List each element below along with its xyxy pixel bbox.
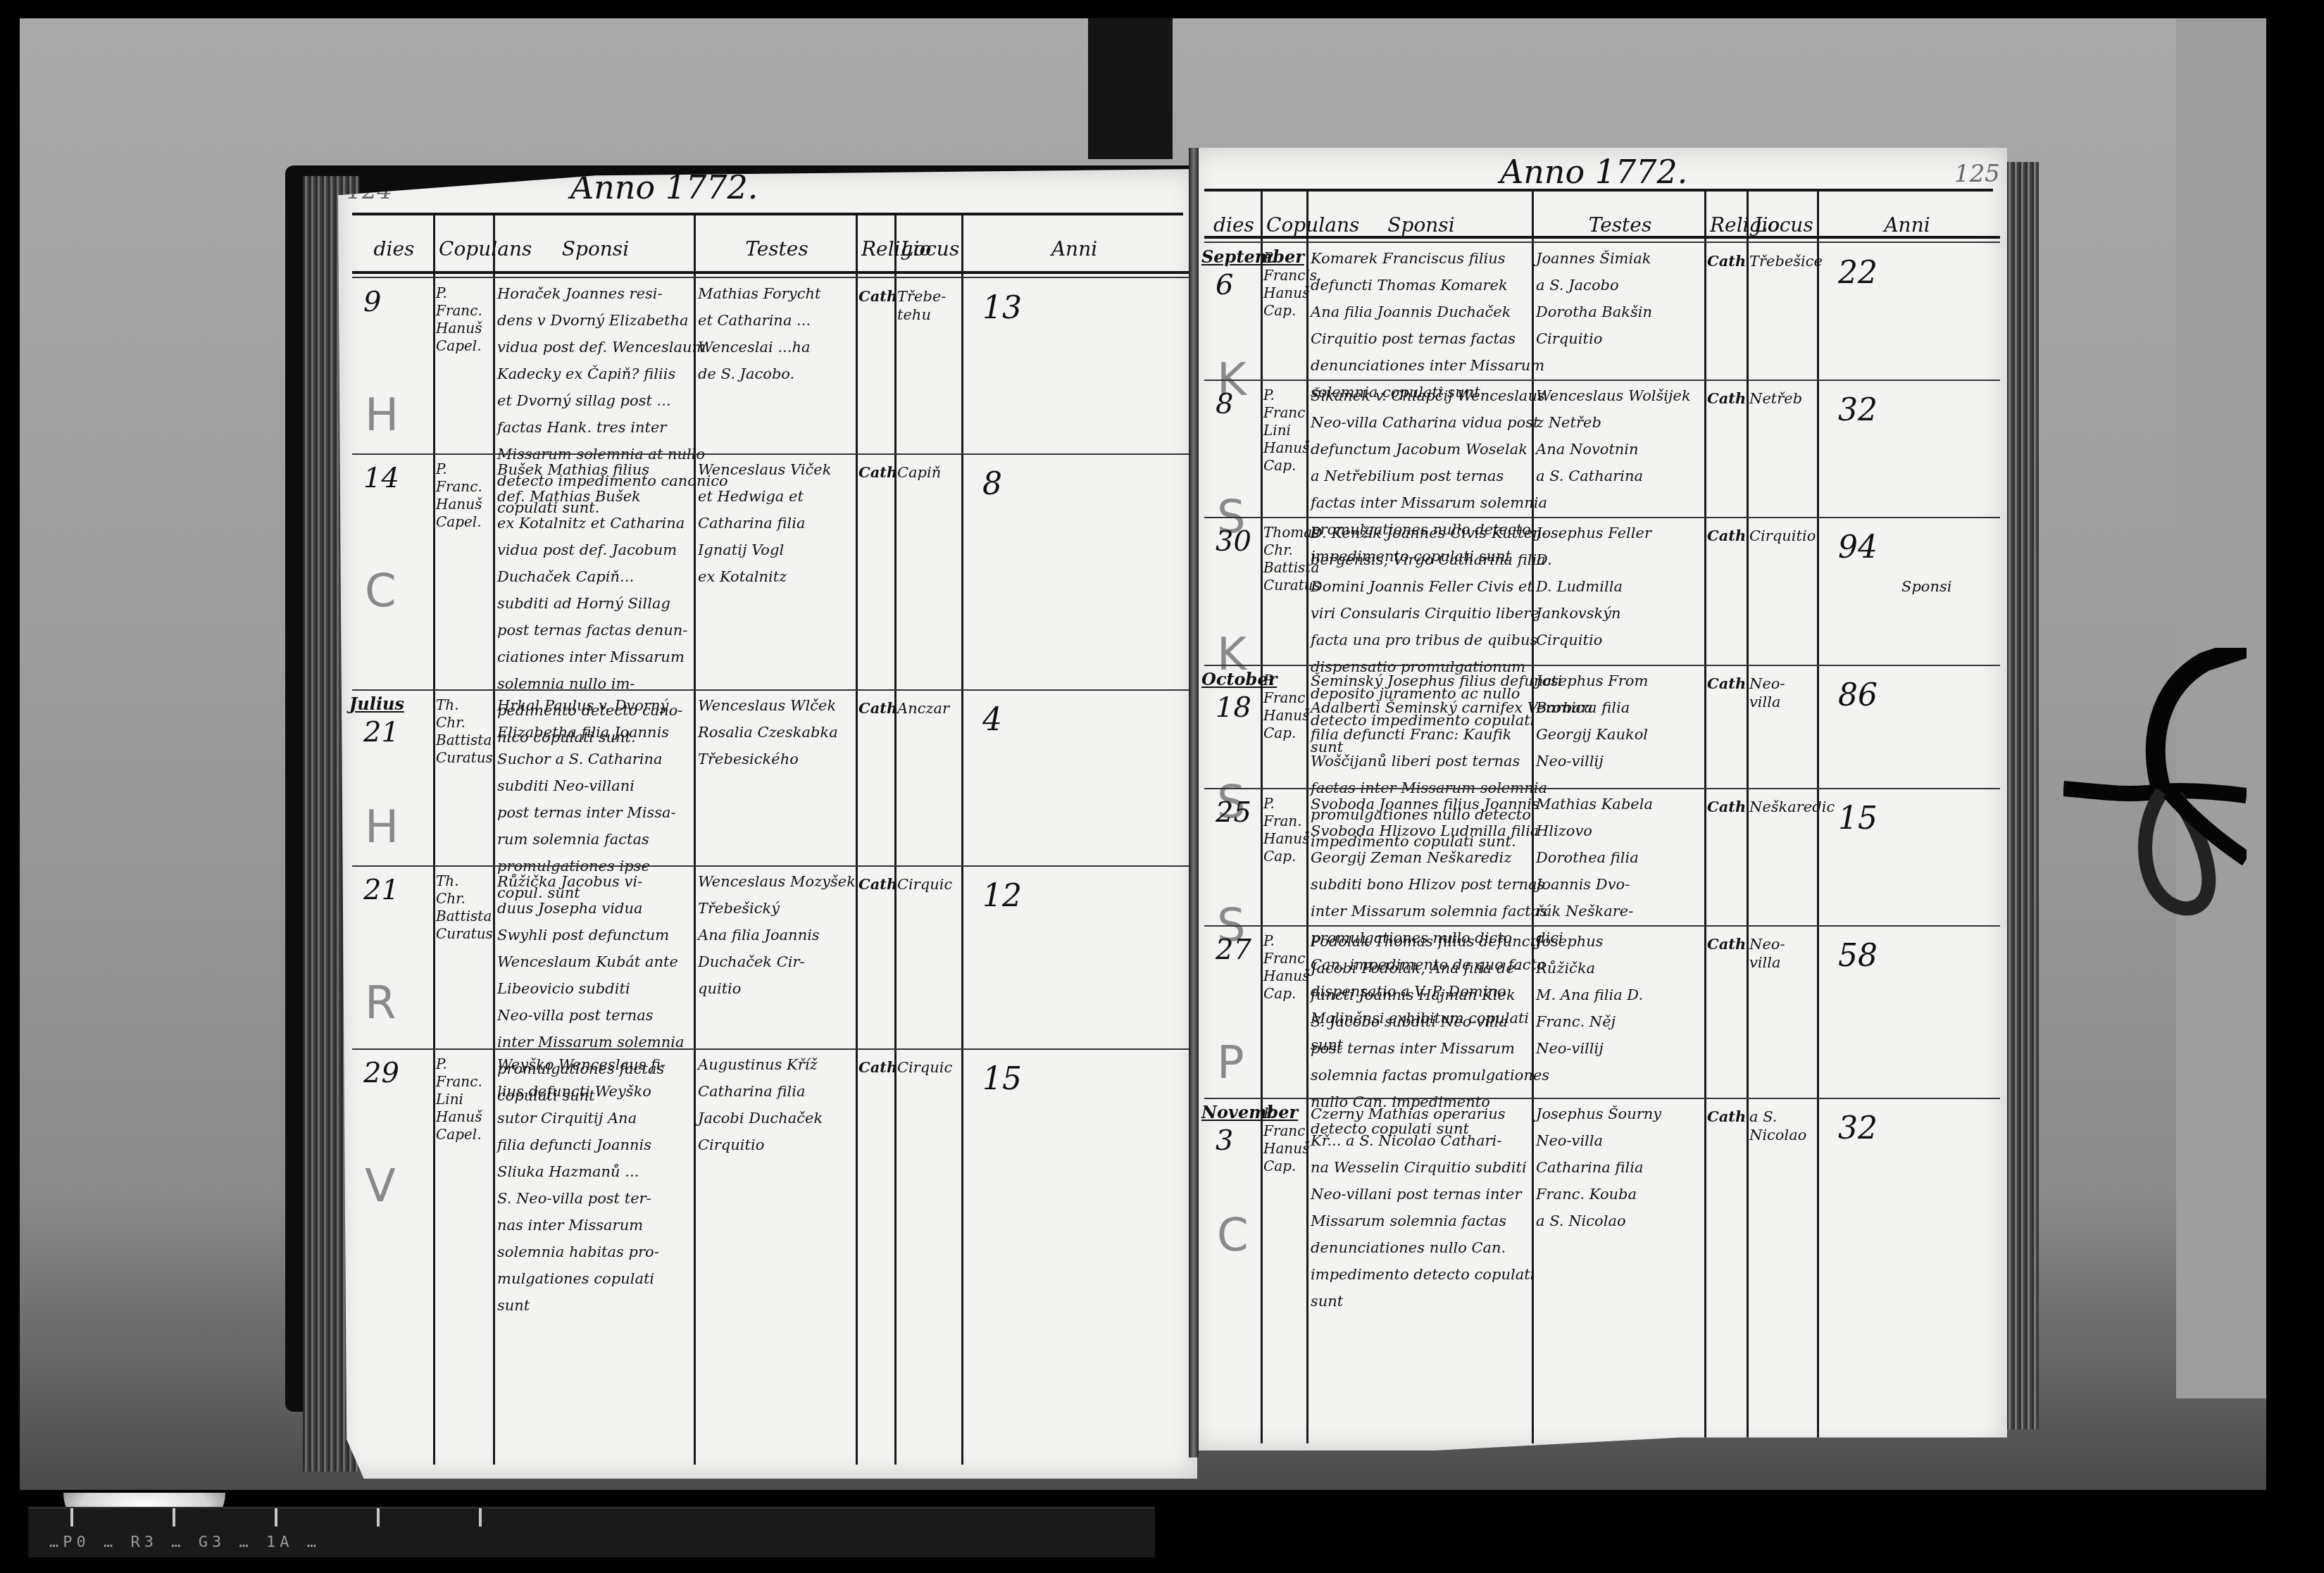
- entry-copulans: P. Franc. Hanuš Capel.: [436, 284, 492, 355]
- entry-copulans: Th. Chr. Battista Curatus: [436, 696, 492, 767]
- entry-religio: Cath: [1707, 675, 1746, 693]
- entry-testes-line: et Hedwiga et: [698, 487, 804, 506]
- entry-day: 25: [1216, 795, 1251, 830]
- column-header-locus: Locus: [900, 237, 960, 261]
- entry-sponsi-line: Hrkal Paulus v. Dvorný: [497, 696, 668, 715]
- register-entry: 29VP. Franc. Lini Hanuš Capel.Weyško Wen…: [338, 1053, 1197, 1465]
- entry-sponsi-line: post ternas inter Missarum: [1311, 1039, 1515, 1058]
- entry-testes-line: Catharina filia: [1536, 1158, 1644, 1177]
- header-rule-double: [1204, 242, 2000, 243]
- entry-sponsi-line: duus Josepha vidua: [497, 899, 642, 917]
- entry-testes-line: Wenceslai ...ha: [698, 338, 811, 356]
- column-header-testes: Testes: [1537, 213, 1703, 237]
- entry-religio: Cath: [1707, 798, 1746, 816]
- entry-sponsi-line: solemnia factas promulgationes: [1311, 1066, 1549, 1084]
- entry-margin-letter: P: [1217, 1035, 1244, 1091]
- entry-anni: 86: [1838, 676, 1878, 715]
- entry-testes-line: Jacobi Duchaček: [698, 1109, 823, 1127]
- entry-religio: Cath: [1707, 935, 1746, 953]
- entry-sponsi-line: Wenceslaum Kubát ante: [497, 953, 678, 971]
- entry-sponsi-line: Horaček Joannes resi-: [497, 284, 663, 303]
- entry-testes-line: et Catharina ...: [698, 311, 811, 330]
- entry-sponsi-line: sunt: [1311, 1292, 1343, 1310]
- entry-sponsi-line: filia defuncti Franc: Kaufik: [1311, 725, 1512, 744]
- entry-locus: Cirquitio: [1749, 527, 1816, 545]
- entry-religio: Cath: [858, 1058, 897, 1077]
- entry-sponsi-line: post ternas factas denun-: [497, 621, 687, 639]
- entry-day: 8: [1216, 387, 1233, 422]
- entry-copulans: Thomas Chr. Battista Curatus: [1263, 524, 1305, 594]
- entry-testes-line: Růžička: [1536, 959, 1595, 977]
- entry-sponsi-line: vidua post def. Jacobum: [497, 541, 677, 559]
- right-page: 125 Anno 1772. diesCopulansSponsiTestesR…: [1190, 148, 2007, 1450]
- entry-sponsi-line: Cirquitio post ternas factas: [1311, 330, 1516, 348]
- scale-ruler: …P0 … R3 … G3 … 1A …: [28, 1507, 1155, 1558]
- entry-testes-line: Duchaček Cir-: [698, 953, 805, 971]
- register-entry: 9HP. Franc. Hanuš Capel.Horaček Joannes …: [338, 282, 1197, 458]
- entry-testes-line: Ana Novotnin: [1536, 440, 1639, 458]
- entry-testes-line: Neo-villij: [1536, 1039, 1604, 1058]
- entry-religio: Cath: [1707, 389, 1746, 408]
- entry-testes-line: Josephus From: [1536, 672, 1648, 690]
- entry-anni: 15: [1838, 799, 1878, 838]
- entry-sponsi-line: denunciationes inter Missarum: [1311, 356, 1544, 375]
- entry-testes-line: Catharina filia: [698, 514, 806, 532]
- entry-testes-line: Wenceslaus Wlček: [698, 696, 836, 715]
- entry-separator: [352, 865, 1190, 867]
- header-rule-top: [1204, 189, 1993, 192]
- column-header-copulans: Copulans: [1266, 213, 1305, 237]
- entry-sponsi-line: Kadecky ex Čapiň? filiis: [497, 365, 675, 383]
- entry-sponsi-line: Woščijanů liberi post ternas: [1311, 752, 1520, 770]
- entry-testes-line: Franc. Kouba: [1536, 1185, 1637, 1203]
- entry-copulans: P. Franc. Hanuš Capel.: [436, 460, 492, 531]
- entry-anni: 13: [982, 289, 1022, 327]
- entry-sponsi-line: S. Neo-villa post ter-: [497, 1189, 651, 1208]
- register-entry: 8SP. Franc. Lini Hanuš Cap.Šikanek v. Ch…: [1190, 384, 2007, 521]
- entry-sponsi-line: subditi ad Horný Sillag: [497, 594, 670, 613]
- entry-sponsi-line: Růžička Jacobus vi-: [497, 872, 642, 891]
- entry-testes-line: a S. Nicolao: [1536, 1212, 1626, 1230]
- entry-testes-line: Catharina filia: [698, 1082, 806, 1101]
- entry-testes-line: Cirquitio: [1536, 631, 1602, 649]
- column-header-dies: dies: [1208, 213, 1259, 237]
- entry-sponsi-line: factas inter Missarum solemnia: [1311, 494, 1547, 512]
- entry-margin-letter: V: [365, 1158, 396, 1215]
- book-tie-ribbon: [2063, 648, 2247, 944]
- entry-testes-line: Barbara filia: [1536, 698, 1630, 717]
- entry-copulans: P. Franc. Hanuš Cap.: [1263, 932, 1305, 1003]
- entry-copulans: P. Franc. Hanuš Cap.: [1263, 672, 1305, 742]
- entry-testes-line: D. Ludmilla: [1536, 577, 1623, 596]
- entry-sponsi-line: sutor Cirquitij Ana: [497, 1109, 637, 1127]
- entry-separator: [1204, 380, 2000, 381]
- entry-anni: 8: [982, 465, 1002, 503]
- entry-religio: Cath: [858, 875, 897, 894]
- entry-sponsi-line: Kř... a S. Nicolao Cathari-: [1311, 1132, 1501, 1150]
- entry-locus: Třebešice: [1749, 252, 1816, 270]
- entry-separator: [352, 689, 1190, 691]
- entry-locus: Cirquic: [897, 875, 960, 894]
- entry-sponsi-line: Neo-villani post ternas inter: [1311, 1185, 1522, 1203]
- entry-sponsi-line: nas inter Missarum: [497, 1216, 643, 1234]
- entry-sponsi-line: filia defuncti Joannis: [497, 1136, 651, 1154]
- entry-testes-line: Wenceslaus Viček: [698, 460, 831, 479]
- column-header-locus: Locus: [1752, 213, 1816, 237]
- entry-sponsi-line: Šeminský Josephus filius defuncti: [1311, 672, 1562, 690]
- entry-sponsi-line: Bušek Mathias filius: [497, 460, 649, 479]
- entry-testes-line: Třebesického: [698, 750, 799, 768]
- entry-sponsi-line: ex Kotalnitz et Catharina: [497, 514, 685, 532]
- book-gutter: [1189, 148, 1199, 1458]
- header-rule-double: [352, 277, 1190, 278]
- entry-copulans: P. Franc. Hanuš Cap.: [1263, 1105, 1305, 1175]
- register-entry: 21RTh. Chr. Battista CuratusRůžička Jaco…: [338, 870, 1197, 1053]
- entry-sponsi-line: Komarek Franciscus filius: [1311, 249, 1505, 268]
- entry-religio: Cath: [1707, 527, 1746, 545]
- entry-testes-line: D.: [1536, 551, 1552, 569]
- entry-locus: Capiň: [897, 463, 960, 482]
- entry-testes-line: Cirquitio: [1536, 330, 1602, 348]
- entry-anni: 12: [982, 877, 1022, 915]
- entry-sponsi-line: na Wesselin Cirquitio subditi: [1311, 1158, 1527, 1177]
- entry-testes-line: quitio: [698, 979, 741, 998]
- entry-testes-line: Mathias Kabela: [1536, 795, 1653, 813]
- entry-sponsi-line: post ternas inter Missa-: [497, 803, 676, 822]
- entry-sponsi-line: subditi Neo-villani: [497, 777, 635, 795]
- entry-day: 21: [363, 715, 399, 750]
- entry-margin-letter: R: [365, 975, 396, 1032]
- entry-religio: Cath: [1707, 1108, 1746, 1126]
- entry-religio: Cath: [858, 287, 897, 306]
- entry-day: 29: [363, 1055, 399, 1091]
- page-title: Anno 1772.: [1500, 152, 1687, 193]
- entry-separator: [1204, 1098, 2000, 1099]
- entry-sponsi-line: inter Missarum solemnia factas: [1311, 902, 1547, 920]
- column-header-religio: Religio: [1710, 213, 1745, 237]
- entry-sponsi-line: functi Joannis Hajman Klek: [1311, 986, 1516, 1004]
- entry-anni: 94: [1838, 528, 1878, 567]
- entry-sponsi-line: defuncti Thomas Komarek: [1311, 276, 1508, 294]
- entry-testes-line: Ignatij Vogl: [698, 541, 784, 559]
- entry-sponsi-line: vidua post def. Wenceslaum: [497, 338, 706, 356]
- register-entry: October18SP. Franc. Hanuš Cap.Šeminský J…: [1190, 669, 2007, 792]
- entry-sponsi-line: ciationes inter Missarum: [497, 648, 685, 666]
- entry-separator: [1204, 788, 2000, 789]
- entry-sponsi-line: defunctum Jacobum Woselak: [1311, 440, 1528, 458]
- entry-testes-line: Cirquitio: [698, 1136, 764, 1154]
- entry-testes-line: z Netřeb: [1536, 413, 1601, 432]
- entry-day: 30: [1216, 524, 1251, 559]
- entry-testes-line: Třebešický: [698, 899, 780, 917]
- column-header-testes: Testes: [699, 237, 854, 261]
- entry-testes-line: řák Neškare-: [1536, 902, 1633, 920]
- register-entry: 14CP. Franc. Hanuš Capel.Bušek Mathias f…: [338, 458, 1197, 694]
- entry-testes-line: Rosalia Czeskabka: [698, 723, 838, 741]
- header-rule-bottom: [352, 271, 1190, 274]
- entry-copulans: P. Franc. Lini Hanuš Capel.: [436, 1055, 492, 1143]
- entry-sponsi-line: viri Consularis Cirquitio libere: [1311, 604, 1539, 622]
- entry-testes-line: Dorothea filia: [1536, 848, 1639, 867]
- entry-locus: a S. Nicolao: [1749, 1108, 1816, 1145]
- column-header-anni: Anni: [967, 237, 1182, 261]
- entry-copulans: P. Franc. Lini Hanuš Cap.: [1263, 387, 1305, 475]
- header-rule-top: [352, 213, 1183, 215]
- entry-testes-line: Josephus Šourny: [1536, 1105, 1661, 1123]
- column-header-anni: Anni: [1823, 213, 1992, 237]
- entry-testes-line: Augustinus Kříž: [698, 1055, 818, 1074]
- entry-separator: [1204, 665, 2000, 666]
- entry-sponsi-line: solemnia habitas pro-: [497, 1243, 659, 1261]
- entry-sponsi-line: Czerny Mathias operarius: [1311, 1105, 1505, 1123]
- entry-anni: 22: [1838, 253, 1878, 292]
- entry-day: 21: [363, 872, 399, 908]
- entry-locus: Třebe-tehu: [897, 287, 960, 325]
- entry-margin-letter: H: [365, 799, 399, 856]
- entry-month: Julius: [349, 694, 404, 715]
- register-entry: 25SP. Fran. Hanuš Cap.Svoboda Joannes fi…: [1190, 792, 2007, 929]
- entry-religio: Cath: [858, 699, 897, 717]
- entry-testes-line: de S. Jacobo.: [698, 365, 794, 383]
- register-entry: 27PP. Franc. Hanuš Cap.Podolak Thomas fi…: [1190, 929, 2007, 1102]
- entry-separator: [352, 453, 1190, 455]
- entry-day: 14: [363, 460, 399, 496]
- page-number: 125: [1954, 159, 2000, 189]
- entry-sponsi-line: Šikanek v. Chlapčij Wenceslaus: [1311, 387, 1545, 405]
- entry-sponsi-line: subditi bono Hlizov post ternas: [1311, 875, 1544, 894]
- entry-sponsi-line: denunciationes nullo Can.: [1311, 1239, 1506, 1257]
- entry-sponsi-line: Ana filia Joannis Duchaček: [1311, 303, 1511, 321]
- register-entry: Julius21HTh. Chr. Battista CuratusHrkal …: [338, 694, 1197, 870]
- entry-copulans: P. Francis. Hanuš Cap.: [1263, 249, 1305, 320]
- entry-sponsi-line: factas Hank. tres inter: [497, 418, 666, 437]
- entry-margin-letter: C: [365, 563, 396, 620]
- entry-locus: Netřeb: [1749, 389, 1816, 408]
- entry-religio: Cath: [1707, 252, 1746, 270]
- entry-locus: Anczar: [897, 699, 960, 717]
- entry-sponsi-line: Elizabetha filia Joannis: [497, 723, 669, 741]
- entry-sponsi-line: lius defuncti Weyško: [497, 1082, 651, 1101]
- entry-locus: Neškaredic: [1749, 798, 1816, 816]
- entry-testes-line: Dorotha Bakšin: [1536, 303, 1652, 321]
- entry-sponsi-line: a Netřebilium post ternas: [1311, 467, 1504, 485]
- entry-copulans: P. Fran. Hanuš Cap.: [1263, 795, 1305, 865]
- entry-sponsi-line: Jacobi Podolak, Ana filia de-: [1311, 959, 1520, 977]
- entry-sponsi-line: Domini Joannis Feller Civis et: [1311, 577, 1533, 596]
- ruler-label: …P0 … R3 … G3 … 1A …: [49, 1534, 320, 1551]
- entry-sponsi-line: Missarum solemnia factas: [1311, 1212, 1506, 1230]
- column-header-dies: dies: [356, 237, 432, 261]
- entry-sponsi-line: rum solemnia factas: [497, 830, 649, 848]
- entry-sponsi-line: Neo-villa Catharina vidua post: [1311, 413, 1539, 432]
- entry-testes-line: Joannis Dvo-: [1536, 875, 1630, 894]
- entry-anni: 32: [1838, 391, 1878, 430]
- entry-testes-line: ex Kotalnitz: [698, 568, 787, 586]
- register-entry: November3CP. Franc. Hanuš Cap.Czerny Mat…: [1190, 1102, 2007, 1443]
- entry-sponsi-line: def. Mathias Bušek: [497, 487, 641, 506]
- entry-testes-line: Hlizovo: [1536, 822, 1592, 840]
- entry-sponsi-line: impedimento detecto copulati: [1311, 1265, 1535, 1284]
- entry-sponsi-line: Neo-villa post ternas: [497, 1006, 653, 1024]
- entry-sponsi-line: dens v Dvorný Elizabetha: [497, 311, 689, 330]
- entry-sponsi-line: Duchaček Capiň...: [497, 568, 634, 586]
- entry-religio: Cath: [858, 463, 897, 482]
- entry-margin-letter: H: [365, 387, 399, 444]
- column-header-sponsi: Sponsi: [1312, 213, 1530, 237]
- entry-testes-line: M. Ana filia D.: [1536, 986, 1643, 1004]
- entry-sponsi-line: Swyhli post defunctum: [497, 926, 669, 944]
- entry-sponsi-line: mulgationes copulati: [497, 1270, 654, 1288]
- left-page: 124 Anno 1772. diesCopulansSponsiTestesR…: [338, 169, 1197, 1479]
- entry-testes-line: Joannes Šimiak: [1536, 249, 1651, 268]
- entry-day: 9: [363, 284, 381, 320]
- column-header-religio: Religio: [861, 237, 893, 261]
- entry-testes-line: Mathias Forycht: [698, 284, 820, 303]
- entry-separator: [1204, 517, 2000, 518]
- column-header-sponsi: Sponsi: [499, 237, 692, 261]
- entry-sponsi-line: D. Kenžík Joannes Civis Kutten-: [1311, 524, 1547, 542]
- entry-sponsi-line: Sliuka Hazmanů ...: [497, 1162, 639, 1181]
- entry-testes-line: Neo-villa: [1536, 1132, 1603, 1150]
- entry-sponsi-line: Podolak Thomas filius defuncti: [1311, 932, 1541, 951]
- entry-testes-line: Josephus Feller: [1536, 524, 1651, 542]
- entry-testes-line: Neo-villij: [1536, 752, 1604, 770]
- entry-testes-line: a S. Catharina: [1536, 467, 1643, 485]
- entry-locus: Neo-villa: [1749, 675, 1816, 712]
- entry-sponsi-line: Svoboda Hlizovo Ludmilla filia: [1311, 822, 1539, 840]
- entry-sponsi-line: Weyško Wenceslaus fi-: [497, 1055, 666, 1074]
- entry-sponsi-line: et Dvorný sillag post ...: [497, 391, 671, 410]
- entry-extra: Sponsi: [1901, 577, 1952, 596]
- register-entry: September6KP. Francis. Hanuš Cap.Komarek…: [1190, 246, 2007, 384]
- register-entry: 30KThomas Chr. Battista CuratusD. Kenžík…: [1190, 521, 2007, 669]
- entry-sponsi-line: sunt: [497, 1296, 530, 1315]
- entry-margin-letter: C: [1217, 1208, 1249, 1264]
- entry-testes-line: Jankovskýn: [1536, 604, 1621, 622]
- entry-sponsi-line: facta una pro tribus de quibus: [1311, 631, 1537, 649]
- entry-sponsi-line: Svoboda Joannes filius Joannis: [1311, 795, 1539, 813]
- entry-sponsi-line: Suchor a S. Catharina: [497, 750, 663, 768]
- entry-anni: 32: [1838, 1109, 1878, 1148]
- entry-day: 18: [1216, 690, 1251, 725]
- entry-sponsi-line: Georgij Zeman Neškarediz: [1311, 848, 1511, 867]
- entry-separator: [352, 1048, 1190, 1050]
- entry-anni: 4: [982, 701, 1002, 739]
- column-header-copulans: Copulans: [439, 237, 492, 261]
- entry-separator: [1204, 925, 2000, 927]
- spine-shadow: [1088, 18, 1173, 159]
- entry-testes-line: Georgij Kaukol: [1536, 725, 1648, 744]
- entry-testes-line: Josephus: [1536, 932, 1604, 951]
- entry-copulans: Th. Chr. Battista Curatus: [436, 872, 492, 943]
- entry-testes-line: Ana filia Joannis: [698, 926, 820, 944]
- entry-testes-line: Wenceslaus Wolšijek: [1536, 387, 1691, 405]
- entry-locus: Neo-villa: [1749, 935, 1816, 972]
- entry-anni: 15: [982, 1060, 1022, 1098]
- entry-locus: Cirquic: [897, 1058, 960, 1077]
- entry-sponsi-line: bergensis, Virgo Catharina filia: [1311, 551, 1546, 569]
- entry-testes-line: Franc. Něj: [1536, 1013, 1616, 1031]
- entry-testes-line: a S. Jacobo: [1536, 276, 1619, 294]
- entry-anni: 58: [1838, 936, 1878, 975]
- entry-day: 27: [1216, 932, 1251, 967]
- entry-day: 3: [1216, 1123, 1233, 1158]
- entry-sponsi-line: Libeovicio subditi: [497, 979, 630, 998]
- entry-testes-line: Wenceslaus Mozyšek: [698, 872, 856, 891]
- entry-sponsi-line: S. Jacobo subditi Neo-villa: [1311, 1013, 1508, 1031]
- entry-day: 6: [1216, 268, 1233, 303]
